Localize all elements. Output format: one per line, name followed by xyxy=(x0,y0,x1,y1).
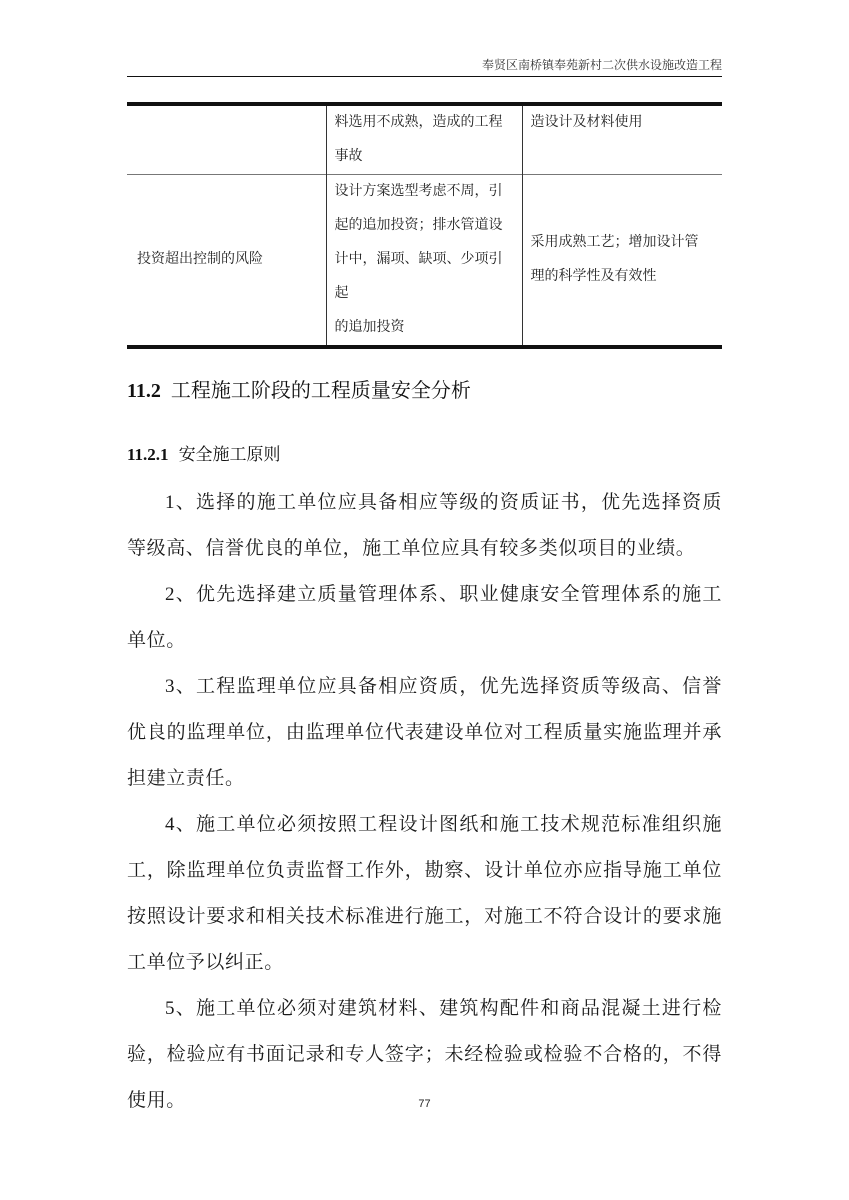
cause-cell: 料选用不成熟，造成的工程 事故 xyxy=(326,104,522,175)
table-row: 投资超出控制的风险 设计方案选型考虑不周，引 起的追加投资；排水管道设 计中，漏… xyxy=(127,175,722,348)
page-header-title: 奉贤区南桥镇奉苑新村二次供水设施改造工程 xyxy=(127,56,722,73)
page-number: 77 xyxy=(0,1098,849,1110)
cause-line: 的追加投资 xyxy=(335,311,516,345)
cause-line: 料选用不成熟，造成的工程 xyxy=(335,106,516,140)
cause-line: 起的追加投资；排水管道设 xyxy=(335,209,516,243)
risk-cell: 投资超出控制的风险 xyxy=(127,175,326,348)
table-row: 料选用不成熟，造成的工程 事故 造设计及材料使用 xyxy=(127,104,722,175)
measure-line: 造设计及材料使用 xyxy=(531,106,717,140)
paragraph: 3、工程监理单位应具备相应资质，优先选择资质等级高、信誉优良的监理单位，由监理单… xyxy=(127,664,722,802)
subsection-title: 安全施工原则 xyxy=(179,445,281,464)
measure-cell: 采用成熟工艺；增加设计管 理的科学性及有效性 xyxy=(522,175,722,348)
risk-table: 料选用不成熟，造成的工程 事故 造设计及材料使用 投资超出控制的风险 设计方案选… xyxy=(127,102,722,349)
risk-cell xyxy=(127,104,326,175)
header-divider xyxy=(127,76,722,77)
cause-line: 事故 xyxy=(335,140,516,174)
measure-cell: 造设计及材料使用 xyxy=(522,104,722,175)
subsection-number: 11.2.1 xyxy=(127,445,169,464)
measure-line: 采用成熟工艺；增加设计管 xyxy=(531,226,717,260)
cause-line: 计中，漏项、缺项、少项引起 xyxy=(335,243,516,311)
measure-line: 理的科学性及有效性 xyxy=(531,260,717,294)
body-text: 1、选择的施工单位应具备相应等级的资质证书，优先选择资质等级高、信誉优良的单位，… xyxy=(127,480,722,1124)
paragraph: 2、优先选择建立质量管理体系、职业健康安全管理体系的施工单位。 xyxy=(127,572,722,664)
paragraph: 4、施工单位必须按照工程设计图纸和施工技术规范标准组织施工，除监理单位负责监督工… xyxy=(127,802,722,986)
section-heading: 11.2工程施工阶段的工程质量安全分析 xyxy=(127,374,471,403)
subsection-heading: 11.2.1安全施工原则 xyxy=(127,440,281,465)
cause-cell: 设计方案选型考虑不周，引 起的追加投资；排水管道设 计中，漏项、缺项、少项引起 … xyxy=(326,175,522,348)
paragraph: 1、选择的施工单位应具备相应等级的资质证书，优先选择资质等级高、信誉优良的单位，… xyxy=(127,480,722,572)
section-number: 11.2 xyxy=(127,380,161,402)
cause-line: 设计方案选型考虑不周，引 xyxy=(335,175,516,209)
section-title: 工程施工阶段的工程质量安全分析 xyxy=(171,380,471,402)
